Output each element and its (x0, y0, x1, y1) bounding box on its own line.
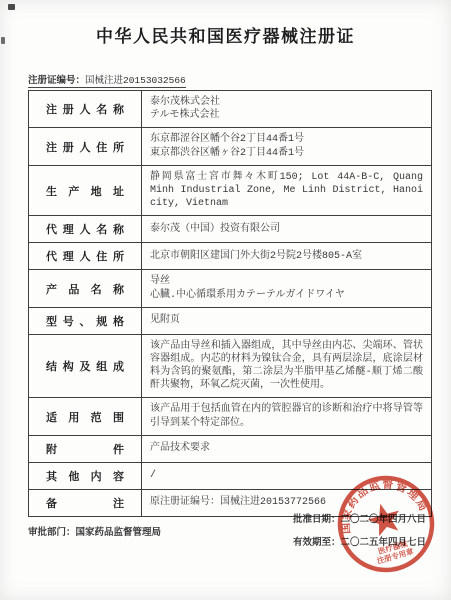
row-label: 结构及组成 (29, 334, 142, 398)
table-row: 代理人名称泰尔茂（中国）投资有限公司 (29, 216, 432, 243)
row-value: 该产品用于包括血管在内的管腔器官的诊断和治疗中将导管等引导到某个特定部位。 (142, 398, 432, 435)
row-label: 型号、规格 (29, 307, 142, 334)
valid-until-label: 有效期至： (293, 537, 341, 548)
cert-table-body: 注册人名称泰尔茂株式会社テルモ株式会社注册人住所东京都涩谷区幡个谷2丁目44番1… (29, 91, 432, 517)
row-value: 泰尔茂株式会社テルモ株式会社 (142, 91, 432, 128)
row-label: 生产地址 (29, 165, 142, 216)
row-label: 注册人住所 (29, 128, 142, 165)
approval-date-label: 批准日期： (293, 514, 341, 525)
row-label: 适用范围 (29, 398, 142, 435)
scan-artifact (8, 4, 15, 10)
row-label: 代理人住所 (29, 243, 142, 270)
certificate-title: 中华人民共和国医疗器械注册证 (0, 22, 451, 47)
table-row: 注册人名称泰尔茂株式会社テルモ株式会社 (29, 91, 432, 128)
row-value: 产品技术要求 (142, 435, 432, 462)
certificate-page: 中华人民共和国医疗器械注册证 注册证编号：国械注进20153032566 注册人… (0, 0, 451, 600)
approval-date-value: 二〇二〇年四月八日 (341, 514, 427, 525)
row-value: 东京都涩谷区幡个谷2丁目44番1号東京都渋谷区幡ヶ谷2丁目44番1号 (142, 128, 432, 165)
registration-number-value: 国械注进20153032566 (85, 75, 186, 86)
row-label: 其他内容 (29, 462, 142, 489)
approval-date-line: 批准日期：二〇二〇年四月八日 (293, 511, 426, 525)
cert-table: 注册人名称泰尔茂株式会社テルモ株式会社注册人住所东京都涩谷区幡个谷2丁目44番1… (28, 90, 432, 517)
row-label: 注册人名称 (29, 91, 142, 128)
row-value: 泰尔茂（中国）投资有限公司 (142, 216, 432, 243)
table-row: 生产地址静岡県富士宮市舞々木町150; Lot 44A-B-C, Quang M… (29, 165, 432, 216)
valid-until-value: 二〇二五年四月七日 (341, 537, 427, 548)
stamp-text-line2: 注册专用章 (376, 546, 415, 566)
row-value: / (142, 462, 432, 489)
table-row: 结构及组成该产品由导丝和插入器组成，其中导丝由内芯、尖端环、管状容器组成。内芯的… (29, 334, 432, 398)
registration-number-label: 注册证编号： (28, 75, 85, 86)
table-row: 其他内容/ (29, 462, 432, 489)
row-label: 代理人名称 (29, 216, 142, 243)
row-value: 见附页 (142, 307, 432, 334)
table-row: 附件产品技术要求 (29, 435, 432, 462)
table-row: 适用范围该产品用于包括血管在内的管腔器官的诊断和治疗中将导管等引导到某个特定部位… (29, 398, 432, 435)
approval-department: 审批部门：国家药品监督管理局 (28, 524, 161, 538)
table-row: 产品名称导丝心臓.中心循環系用カテーテルガイドワイヤ (29, 270, 432, 307)
row-label: 附件 (29, 435, 142, 462)
registration-number-line: 注册证编号：国械注进20153032566 (28, 72, 186, 88)
row-value: 该产品由导丝和插入器组成，其中导丝由内芯、尖端环、管状容器组成。内芯的材料为镍钛… (142, 334, 432, 398)
row-label: 产品名称 (29, 270, 142, 307)
row-value: 北京市朝阳区建国门外大街2号院2号楼805-A室 (142, 243, 432, 270)
table-row: 代理人住所北京市朝阳区建国门外大街2号院2号楼805-A室 (29, 243, 432, 270)
row-value: 导丝心臓.中心循環系用カテーテルガイドワイヤ (142, 270, 432, 307)
valid-until-line: 有效期至：二〇二五年四月七日 (293, 534, 426, 548)
table-row: 注册人住所东京都涩谷区幡个谷2丁目44番1号東京都渋谷区幡ヶ谷2丁目44番1号 (29, 128, 432, 165)
row-value: 静岡県富士宮市舞々木町150; Lot 44A-B-C, Quang Minh … (142, 165, 432, 216)
table-row: 型号、规格见附页 (29, 307, 432, 334)
row-label: 备注 (29, 489, 142, 516)
